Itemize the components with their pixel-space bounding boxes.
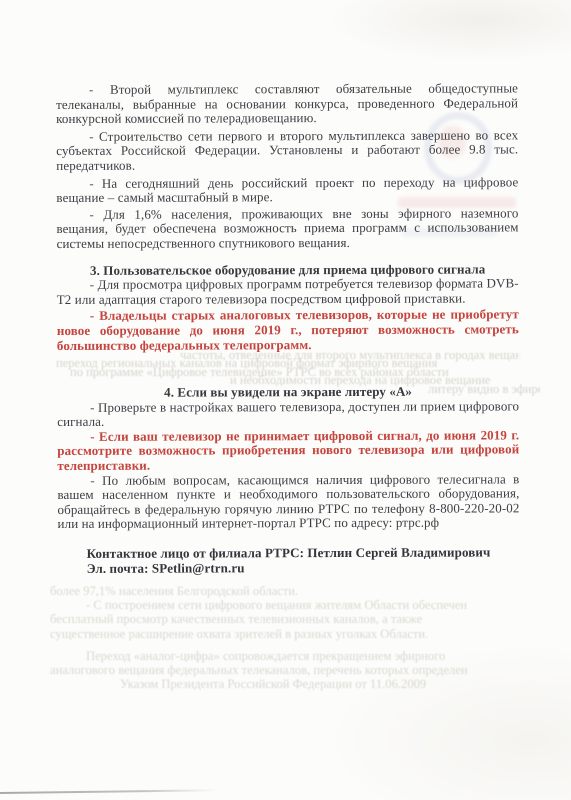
paragraph-dvb-t2-equipment: - Для просмотра цифровых программ потреб… [57, 277, 519, 308]
paragraph-check-settings: - Проверьте в настройках вашего телевизо… [57, 399, 519, 430]
bleedthrough-paragraphs: более 97,1% населения Белгородской облас… [50, 584, 530, 691]
scan-edge-artifact [0, 789, 217, 794]
paragraph-second-multiplex: - Второй мультиплекс составляют обязател… [56, 81, 518, 126]
document-body: - Второй мультиплекс составляют обязател… [56, 81, 520, 576]
bleedthrough-line: аналогового вещания федеральных телекана… [50, 663, 530, 677]
paragraph-hotline-info: - По любым вопросам, касающимся наличия … [57, 472, 519, 532]
scanned-document-page: частоты, отведенные для второго мультипл… [0, 0, 571, 800]
bleedthrough-line: бесплатный просмотр качественных телевиз… [50, 612, 530, 626]
contact-email-line: Эл. почта: SPetlin@rtrn.ru [87, 559, 520, 576]
paragraph-project-scale: - На сегодняшний день российский проект … [56, 175, 518, 206]
contact-block: Контактное лицо от филиала РТРС: Петлин … [87, 544, 520, 576]
bleedthrough-line: более 97,1% населения Белгородской облас… [50, 584, 328, 598]
bleedthrough-line: существенное расширение охвата зрителей … [50, 627, 530, 641]
paragraph-satellite-coverage: - Для 1,6% населения, проживающих вне зо… [56, 206, 518, 251]
contact-person-line: Контактное лицо от филиала РТРС: Петлин … [87, 544, 520, 561]
paragraph-network-build: - Строительство сети первого и второго м… [56, 128, 518, 173]
bleedthrough-line: - С построением сети цифрового вещания ж… [50, 598, 530, 612]
bleedthrough-line: Указом Президента Российской Федерации о… [120, 677, 430, 691]
paragraph-analog-tv-warning: - Владельцы старых аналоговых телевизоро… [57, 308, 519, 353]
bleedthrough-line: Переход «аналог-цифра» сопровождается пр… [50, 649, 530, 663]
paragraph-buy-new-tv-warning: - Если ваш телевизор не принимает цифров… [57, 428, 519, 473]
